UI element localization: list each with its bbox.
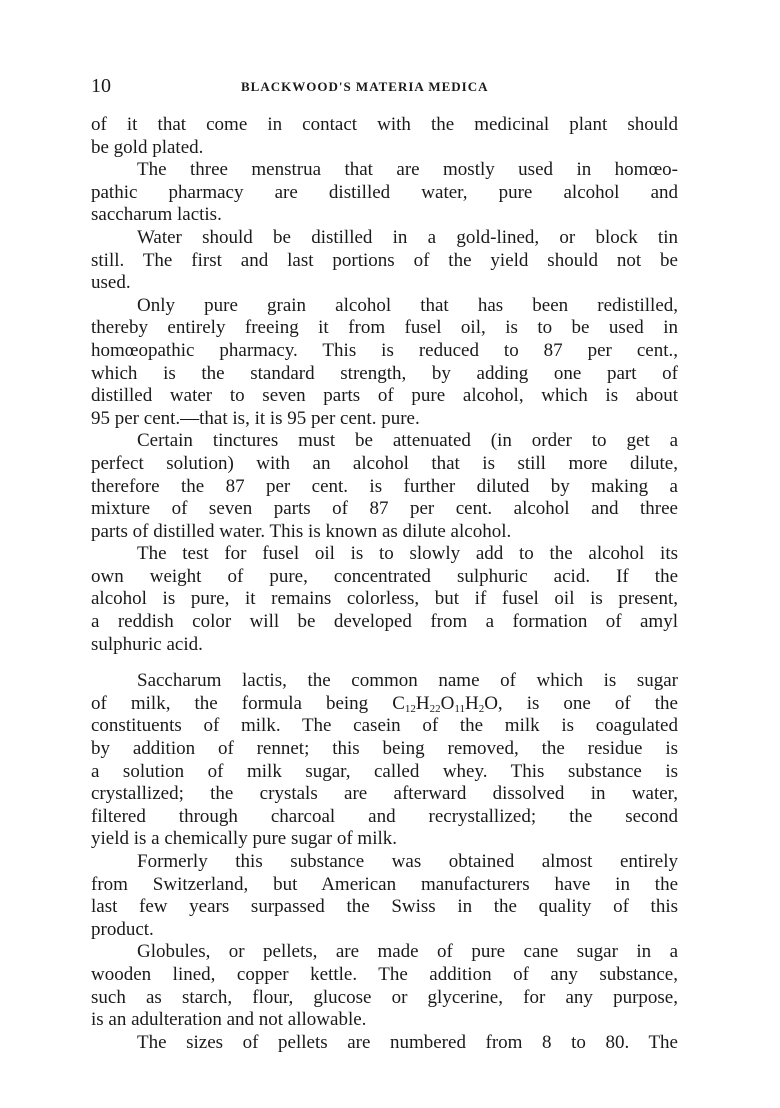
text-line: crystallized; the crystals are afterward…	[91, 783, 678, 806]
text-line: last few years surpassed the Swiss in th…	[91, 896, 678, 919]
text-line: Water should be distilled in a gold-line…	[91, 227, 678, 250]
text-line: parts of distilled water. This is known …	[91, 521, 678, 544]
text-line: wooden lined, copper kettle. The additio…	[91, 964, 678, 987]
paragraph: Saccharum lactis, the common name of whi…	[91, 670, 678, 851]
text-line: which is the standard strength, by addin…	[91, 363, 678, 386]
text-line: therefore the 87 per cent. is further di…	[91, 476, 678, 499]
text-line: of milk, the formula being C12H22O11H2O,…	[91, 693, 678, 716]
text-line: sulphuric acid.	[91, 634, 678, 657]
text-line: by addition of rennet; this being remove…	[91, 738, 678, 761]
paragraph: Globules, or pellets, are made of pure c…	[91, 941, 678, 1031]
text-line: Saccharum lactis, the common name of whi…	[91, 670, 678, 693]
text-line: mixture of seven parts of 87 per cent. a…	[91, 498, 678, 521]
text-line: pathic pharmacy are distilled water, pur…	[91, 182, 678, 205]
text-line: filtered through charcoal and recrystall…	[91, 806, 678, 829]
paragraph: of it that come in contact with the medi…	[91, 114, 678, 159]
text-line: thereby entirely freeing it from fusel o…	[91, 317, 678, 340]
text-line: The test for fusel oil is to slowly add …	[91, 543, 678, 566]
text-line: Certain tinctures must be attenuated (in…	[91, 430, 678, 453]
text-line: a solution of milk sugar, called whey. T…	[91, 761, 678, 784]
text-line: Only pure grain alcohol that has been re…	[91, 295, 678, 318]
paragraph: Water should be distilled in a gold-line…	[91, 227, 678, 295]
paragraph: Certain tinctures must be attenuated (in…	[91, 430, 678, 543]
text-line: own weight of pure, concentrated sulphur…	[91, 566, 678, 589]
text-line: still. The first and last portions of th…	[91, 250, 678, 273]
text-line: distilled water to seven parts of pure a…	[91, 385, 678, 408]
text-line: used.	[91, 272, 678, 295]
text-line: Formerly this substance was obtained alm…	[91, 851, 678, 874]
text-line: yield is a chemically pure sugar of milk…	[91, 828, 678, 851]
text-line: perfect solution) with an alcohol that i…	[91, 453, 678, 476]
text-line: such as starch, flour, glucose or glycer…	[91, 987, 678, 1010]
body-text: of it that come in contact with the medi…	[91, 114, 678, 1054]
text-line: Globules, or pellets, are made of pure c…	[91, 941, 678, 964]
paragraph: Only pure grain alcohol that has been re…	[91, 295, 678, 431]
paragraph: The three menstrua that are mostly used …	[91, 159, 678, 227]
running-head: 10 BLACKWOOD'S MATERIA MEDICA	[91, 74, 678, 98]
text-line: homœopathic pharmacy. This is reduced to…	[91, 340, 678, 363]
text-line: a reddish color will be developed from a…	[91, 611, 678, 634]
text-line: alcohol is pure, it remains colorless, b…	[91, 588, 678, 611]
page-number: 10	[91, 74, 111, 98]
text-line: saccharum lactis.	[91, 204, 678, 227]
paragraph: The sizes of pellets are numbered from 8…	[91, 1032, 678, 1055]
text-line: is an adulteration and not allowable.	[91, 1009, 678, 1032]
text-line: The sizes of pellets are numbered from 8…	[91, 1032, 678, 1055]
text-line: product.	[91, 919, 678, 942]
text-line: 95 per cent.—that is, it is 95 per cent.…	[91, 408, 678, 431]
text-line: from Switzerland, but American manufactu…	[91, 874, 678, 897]
text-line: be gold plated.	[91, 137, 678, 160]
text-line: The three menstrua that are mostly used …	[91, 159, 678, 182]
paragraph: Formerly this substance was obtained alm…	[91, 851, 678, 941]
running-title: BLACKWOOD'S MATERIA MEDICA	[241, 76, 489, 98]
text-line: of it that come in contact with the medi…	[91, 114, 678, 137]
text-line: constituents of milk. The casein of the …	[91, 715, 678, 738]
paragraph: The test for fusel oil is to slowly add …	[91, 543, 678, 656]
